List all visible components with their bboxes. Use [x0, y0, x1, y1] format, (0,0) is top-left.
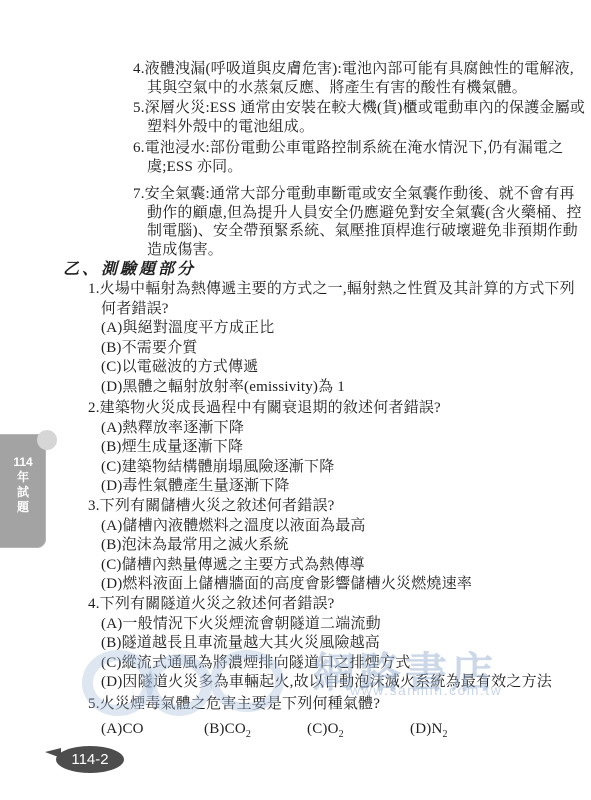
page: { "section_a_items": [ {"num": "4.", "te… — [0, 0, 591, 800]
option-d: (D)黑體之輻射放射率(emissivity)為 1 — [101, 378, 587, 398]
question-title: 3.下列有關儲槽火災之敘述何者錯誤? — [101, 497, 587, 517]
question-number: 3. — [88, 498, 100, 514]
item-text: 電池浸水:部份電動公車電路控制系統在淹水情況下,仍有漏電之虞;ESS 亦同。 — [145, 140, 564, 175]
chem-formula: N — [431, 721, 442, 737]
option-c: (C)儲槽內熱量傳遞之主要方式為熱傳導 — [101, 556, 587, 576]
item-number: 5. — [133, 100, 145, 116]
option-c: (C)縱流式通風為將濃煙排向隧道口之排煙方式 — [101, 654, 587, 674]
option-label: (A) — [101, 721, 122, 737]
chem-subscript: 2 — [246, 729, 251, 740]
option-d: (D)毒性氣體產生量逐漸下降 — [101, 477, 587, 497]
list-item-4: 4.液體洩漏(呼吸道與皮膚危害):電池內部可能有具腐蝕性的電解液,其與空氣中的水… — [133, 60, 587, 97]
option-b: (B)不需要介質 — [101, 339, 587, 359]
option-a: (A)儲槽內液體燃料之溫度以液面為最高 — [101, 517, 587, 537]
list-item-7: 7.安全氣囊:通常大部分電動車斷電或安全氣囊作動後、就不會有再動作的顧慮,但為提… — [133, 185, 587, 259]
option-row: (A)CO (B)CO2 (C)O2 (D)N2 — [101, 720, 587, 740]
option-c: (C)O2 — [307, 720, 410, 740]
option-b: (B)隧道越長且車流量越大其火災風險越高 — [101, 634, 587, 654]
chem-formula: CO — [122, 721, 143, 737]
item-text: 液體洩漏(呼吸道與皮膚危害):電池內部可能有具腐蝕性的電解液,其與空氣中的水蒸氣… — [145, 61, 574, 96]
question-2: 2.建築物火災成長過程中有關衰退期的敘述何者錯誤? (A)熱釋放率逐漸下降 (B… — [88, 399, 587, 497]
question-number: 2. — [88, 400, 100, 416]
option-c: (C)建築物結構體崩塌風險逐漸下降 — [101, 458, 587, 478]
option-d: (D)因隧道火災多為車輛起火,故以自動泡沫滅火系統為最有效之方法 — [101, 673, 587, 693]
section-b-heading: 乙、測驗題部分 — [63, 256, 196, 279]
item-text: 安全氣囊:通常大部分電動車斷電或安全氣囊作動後、就不會有再動作的顧慮,但為提升人… — [145, 186, 582, 258]
item-number: 4. — [133, 61, 145, 77]
question-number: 5. — [88, 696, 100, 712]
option-d: (D)燃料液面上儲槽牆面的高度會影響儲槽火災燃燒速率 — [101, 575, 587, 595]
list-item-6: 6.電池浸水:部份電動公車電路控制系統在淹水情況下,仍有漏電之虞;ESS 亦同。 — [133, 139, 587, 176]
list-item-5: 5.深層火災:ESS 通常由安裝在較大機(貨)櫃或電動車內的保護金屬或塑料外殼中… — [133, 99, 587, 136]
option-d: (D)N2 — [410, 720, 448, 740]
question-title: 2.建築物火災成長過程中有關衰退期的敘述何者錯誤? — [101, 399, 587, 419]
chem-subscript: 2 — [339, 729, 344, 740]
option-label: (D) — [410, 721, 431, 737]
tab-circle-decoration — [37, 430, 57, 450]
question-3: 3.下列有關儲槽火災之敘述何者錯誤? (A)儲槽內液體燃料之溫度以液面為最高 (… — [88, 497, 587, 595]
tab-year: 114 — [0, 455, 46, 470]
question-4: 4.下列有關隧道火災之敘述何者錯誤? (A)一般情況下火災煙流會朝隧道二端流動 … — [88, 595, 587, 693]
chem-subscript: 2 — [442, 729, 447, 740]
question-1: 1.火場中輻射為熱傳遞主要的方式之一,輻射熱之性質及其計算的方式下列何者錯誤? … — [88, 280, 587, 397]
chem-formula: O — [328, 721, 339, 737]
question-text: 火災煙毒氣體之危害主要是下列何種氣體? — [100, 696, 380, 712]
option-a: (A)一般情況下火災煙流會朝隧道二端流動 — [101, 615, 587, 635]
option-c: (C)以電磁波的方式傳遞 — [101, 358, 587, 378]
chem-formula: CO — [225, 721, 246, 737]
question-text: 建築物火災成長過程中有關衰退期的敘述何者錯誤? — [100, 400, 441, 416]
option-label: (C) — [307, 721, 328, 737]
question-text: 下列有關儲槽火災之敘述何者錯誤? — [100, 498, 335, 514]
option-a: (A)CO — [101, 720, 204, 740]
question-title: 4.下列有關隧道火災之敘述何者錯誤? — [101, 595, 587, 615]
question-5: 5.火災煙毒氣體之危害主要是下列何種氣體? (A)CO (B)CO2 (C)O2… — [88, 695, 587, 739]
item-text: 深層火災:ESS 通常由安裝在較大機(貨)櫃或電動車內的保護金屬或塑料外殼中的電… — [145, 100, 585, 135]
question-title: 5.火災煙毒氣體之危害主要是下列何種氣體? — [101, 695, 587, 715]
option-label: (B) — [204, 721, 225, 737]
item-number: 7. — [133, 186, 145, 202]
option-b: (B)煙生成量逐漸下降 — [101, 438, 587, 458]
page-number-badge: 114-2 — [56, 746, 124, 773]
question-number: 1. — [88, 281, 100, 297]
year-tab-label: 114 年 試 題 — [0, 455, 46, 515]
option-b: (B)CO2 — [204, 720, 307, 740]
item-number: 6. — [133, 140, 145, 156]
question-text: 下列有關隧道火災之敘述何者錯誤? — [100, 596, 335, 612]
question-number: 4. — [88, 596, 100, 612]
option-a: (A)熱釋放率逐漸下降 — [101, 419, 587, 439]
option-a: (A)與絕對溫度平方成正比 — [101, 319, 587, 339]
question-text: 火場中輻射為熱傳遞主要的方式之一,輻射熱之性質及其計算的方式下列何者錯誤? — [100, 281, 575, 317]
option-b: (B)泡沫為最常用之滅火系統 — [101, 536, 587, 556]
question-title: 1.火場中輻射為熱傳遞主要的方式之一,輻射熱之性質及其計算的方式下列何者錯誤? — [101, 280, 587, 319]
